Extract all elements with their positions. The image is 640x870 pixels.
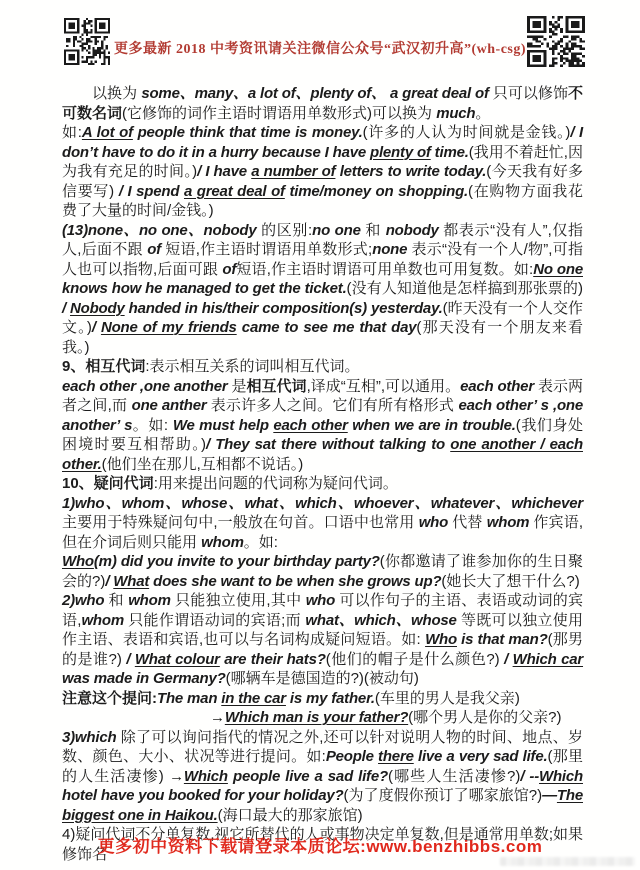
- text-segment: live a very sad life.: [414, 748, 548, 765]
- text-segment: hotel have you booked for your holiday?: [62, 787, 344, 804]
- text-segment: knows how he managed to get the ticket.: [62, 280, 347, 297]
- text-segment: a number of: [251, 163, 335, 180]
- text-segment: 和: [365, 222, 385, 239]
- text-segment: is my father.: [286, 690, 375, 707]
- text-segment: time/money on shopping.: [285, 183, 468, 200]
- text-segment: None of my friends: [101, 319, 237, 336]
- text-segment: 短语,作主语时谓语可用单数也可用复数。如:: [236, 261, 533, 278]
- text-segment: Which: [184, 768, 228, 785]
- text-segment: /: [500, 651, 513, 668]
- text-segment: A lot of: [82, 124, 133, 141]
- text-segment: 3)which: [62, 729, 121, 746]
- text-segment: 10、疑问代词: [62, 475, 154, 492]
- text-segment: of: [147, 241, 165, 258]
- text-segment: —: [542, 787, 557, 804]
- text-segment: :表示相互关系的词叫相互代词。: [145, 358, 359, 375]
- text-segment: was made in Germany?: [62, 670, 226, 687]
- text-segment: :用来提出问题的代词称为疑问代词。: [154, 475, 398, 492]
- para-whom-examples: Who(m) did you invite to your birthday p…: [62, 552, 583, 591]
- text-segment: Nobody: [70, 300, 125, 317]
- text-segment: of: [222, 261, 236, 278]
- text-segment: 如:: [62, 124, 82, 141]
- text-segment: Who: [425, 631, 457, 648]
- text-segment: (他们坐在那儿,互相都不说话。): [102, 456, 304, 473]
- text-segment: people think that time is money.: [133, 124, 363, 141]
- text-segment: whom: [128, 592, 175, 609]
- scan-artifact: [500, 857, 635, 866]
- text-segment: /: [122, 651, 135, 668]
- text-segment: when we are in trouble.: [348, 417, 516, 434]
- text-segment: 2)who: [62, 592, 109, 609]
- text-segment: 以换为: [92, 85, 141, 102]
- qr-code-icon: [527, 16, 585, 67]
- para-2-who-whom-usage: 2)who 和 whom 只能独立使用,其中 who 可以作句子的主语、表语或动…: [62, 591, 583, 689]
- text-segment: The man: [157, 690, 221, 707]
- para-which-man-arrow: →Which man is your father?(哪个男人是你的父亲?): [62, 708, 583, 728]
- text-segment: 和: [109, 592, 129, 609]
- text-segment: 注意这个提问:: [62, 690, 157, 707]
- text-segment: (她长大了想干什么?): [441, 573, 579, 590]
- text-segment: No one: [533, 261, 583, 278]
- text-segment: 的区别:: [261, 222, 312, 239]
- text-segment: 只能作谓语动词的宾语;而: [128, 612, 305, 629]
- text-segment: / I spend: [114, 183, 184, 200]
- document-body: 以换为 some、many、a lot of、plenty of、 a grea…: [62, 84, 583, 864]
- text-segment: no one: [312, 222, 365, 239]
- text-segment: who: [306, 592, 340, 609]
- text-segment: Which car: [513, 651, 583, 668]
- para-10-interrogative-heading: 10、疑问代词:用来提出问题的代词称为疑问代词。: [62, 474, 583, 494]
- text-segment: (m) did you invite to your birthday part…: [94, 553, 380, 570]
- para-each-other-one-another: each other ,one another 是相互代词,译成“互相”,可以通…: [62, 377, 583, 475]
- text-segment: What: [113, 573, 149, 590]
- text-segment: 短语,作主语时谓语用单数形式;: [165, 241, 372, 258]
- text-segment: →: [210, 709, 225, 726]
- text-segment: Which: [539, 768, 583, 785]
- text-segment: people live a sad life?: [228, 768, 388, 785]
- text-segment: (车里的男人是我父亲): [375, 690, 520, 707]
- text-segment: whom: [487, 514, 534, 531]
- text-segment: / They sat there without talking to: [206, 436, 450, 453]
- text-segment: a great deal of: [184, 183, 285, 200]
- para-1-who-whom-list: 1)who、whom、whose、what、which、whoever、what…: [62, 494, 583, 553]
- text-segment: letters to write today.: [335, 163, 486, 180]
- text-segment: each other ,one another: [62, 378, 231, 395]
- text-segment: /: [92, 319, 101, 336]
- text-segment: some、many、a lot of、plenty of、 a great de…: [141, 85, 492, 102]
- text-segment: Which man is your father?: [225, 709, 408, 726]
- text-segment: /: [62, 300, 70, 317]
- para-13-none-noone-nobody: (13)none、no one、nobody 的区别:no one 和 nobo…: [62, 221, 583, 358]
- text-segment: are their hats?: [220, 651, 326, 668]
- text-segment: 。如:: [244, 534, 278, 551]
- text-segment: time.: [431, 144, 469, 161]
- text-segment: 相互代词: [247, 378, 307, 395]
- text-segment: each other: [460, 378, 538, 395]
- text-segment: nobody: [386, 222, 444, 239]
- text-segment: 9、相互代词: [62, 358, 145, 375]
- para-9-reciprocal-heading: 9、相互代词:表示相互关系的词叫相互代词。: [62, 357, 583, 377]
- text-segment: We must help: [173, 417, 273, 434]
- text-segment: 。: [475, 105, 490, 122]
- text-segment: plenty of: [370, 144, 431, 161]
- text-segment: 表示许多人之间。它们有所有格形式: [211, 397, 459, 414]
- footer-notice: 更多初中资料下载请登录本质论坛:www.benzhibbs.com: [0, 832, 640, 857]
- para-replace-much: 以换为 some、many、a lot of、plenty of、 a grea…: [62, 84, 583, 123]
- text-segment: each other: [273, 417, 347, 434]
- text-segment: (为了度假你预订了哪家旅馆?): [344, 787, 543, 804]
- text-segment: (海口最大的那家旅馆): [218, 807, 363, 824]
- text-segment: / --: [520, 768, 539, 785]
- text-segment: none: [372, 241, 411, 258]
- text-segment: in the car: [221, 690, 286, 707]
- text-segment: (13)none、no one、nobody: [62, 222, 261, 239]
- text-segment: does she want to be when she grows up?: [149, 573, 441, 590]
- text-segment: 只能独立使用,其中: [175, 592, 306, 609]
- text-segment: one anther: [132, 397, 211, 414]
- text-segment: 是: [231, 378, 246, 395]
- text-segment: whom: [81, 612, 128, 629]
- text-segment: whom: [201, 534, 244, 551]
- text-segment: / I have: [197, 163, 251, 180]
- text-segment: 。如:: [132, 417, 173, 434]
- para-quantifier-examples: 如:A lot of people think that time is mon…: [62, 123, 583, 221]
- qr-code-right: [527, 16, 585, 67]
- text-segment: ,译成“互相”,可以通用。: [307, 378, 461, 395]
- text-segment: (哪些人生活凄惨?): [388, 768, 520, 785]
- text-segment: what、which、whose: [305, 612, 461, 629]
- text-segment: (哪个男人是你的父亲?): [408, 709, 561, 726]
- text-segment: much: [436, 105, 475, 122]
- text-segment: handed in his/their composition(s) yeste…: [125, 300, 443, 317]
- text-segment: Who: [62, 553, 94, 570]
- text-segment: What colour: [135, 651, 220, 668]
- text-segment: (他们的帽子是什么颜色?): [326, 651, 500, 668]
- para-3-which-usage: 3)which 除了可以询问指代的情况之外,还可以针对说明人物的时间、地点、岁数…: [62, 728, 583, 826]
- text-segment: 主要用于特殊疑问句中,一般放在句首。口语中也常用: [62, 514, 419, 531]
- text-segment: is that man?: [457, 631, 548, 648]
- text-segment: 1)who、whom、whose、what、which、whoever、what…: [62, 495, 583, 512]
- text-segment: People: [326, 748, 378, 765]
- text-segment: 代替: [452, 514, 487, 531]
- text-segment: (哪辆车是德国造的?)(被动句): [226, 670, 419, 687]
- text-segment: →: [169, 768, 184, 785]
- text-segment: came to see me that day: [237, 319, 417, 336]
- text-segment: (它修饰的词作主语时谓语用单数形式)可以换为: [122, 105, 436, 122]
- text-segment: there: [378, 748, 414, 765]
- text-segment: (没有人知道他是怎样搞到那张票的): [347, 280, 583, 297]
- text-segment: who: [419, 514, 453, 531]
- text-segment: (许多的人认为时间就是金钱。): [363, 124, 571, 141]
- text-segment: 只可以修饰: [493, 85, 568, 102]
- para-note-question: 注意这个提问:The man in the car is my father.(…: [62, 689, 583, 709]
- document-page: 更多最新 2018 中考资讯请关注微信公众号“武汉初升高”(wh-csg) 以换…: [0, 0, 640, 870]
